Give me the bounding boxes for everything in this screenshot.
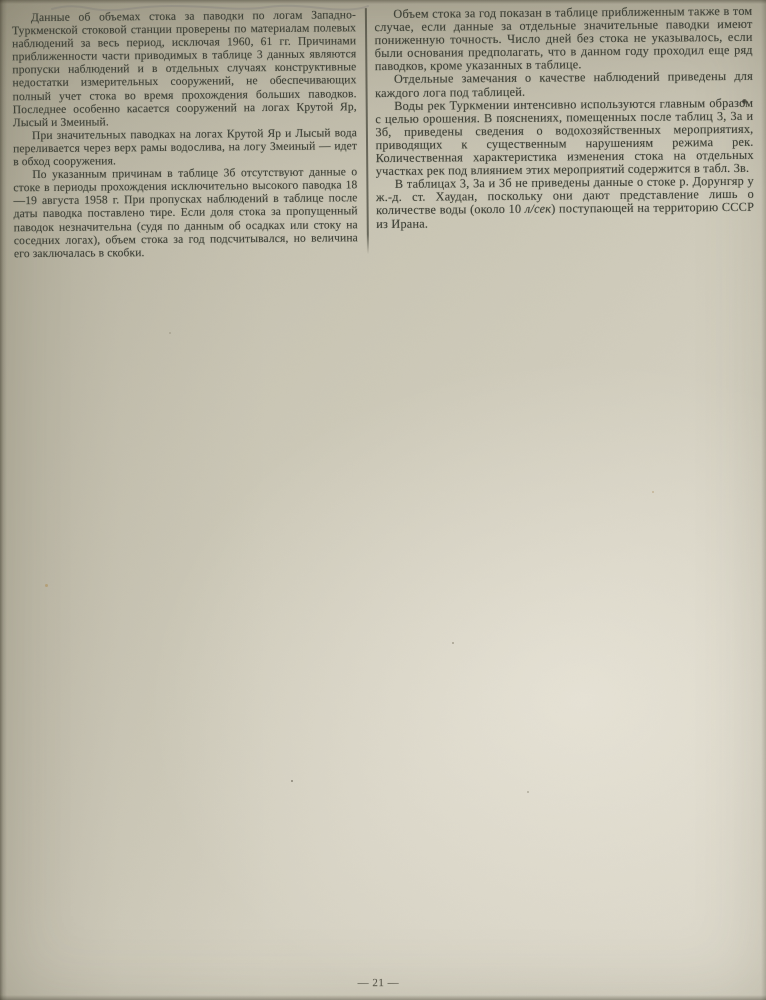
page-number: — 21 — bbox=[7, 974, 749, 992]
two-column-text-block: Данные об объемах стока за паводки по ло… bbox=[12, 5, 755, 260]
left-column: Данные об объемах стока за паводки по ло… bbox=[12, 8, 358, 260]
paragraph: Объем стока за год показан в таблице при… bbox=[374, 5, 753, 74]
paragraph: При значительных паводках на логах Круто… bbox=[13, 126, 357, 168]
scanned-book-page: Данные об объемах стока за паводки по ло… bbox=[0, 0, 766, 1000]
paragraph: В таблицах 3, 3а и 3б не приведены данны… bbox=[376, 175, 754, 231]
paragraph: По указанным причинам в таблице 3б отсут… bbox=[13, 165, 358, 260]
page-content: Данные об объемах стока за паводки по ло… bbox=[0, 0, 766, 1000]
unit-liters-per-second: л/сек bbox=[525, 202, 551, 216]
column-divider-rule bbox=[365, 8, 369, 254]
right-column: Объем стока за год показан в таблице при… bbox=[374, 5, 754, 231]
paragraph: Данные об объемах стока за паводки по ло… bbox=[12, 8, 357, 129]
paragraph: Воды рек Туркмении интенсивно используют… bbox=[375, 96, 754, 178]
